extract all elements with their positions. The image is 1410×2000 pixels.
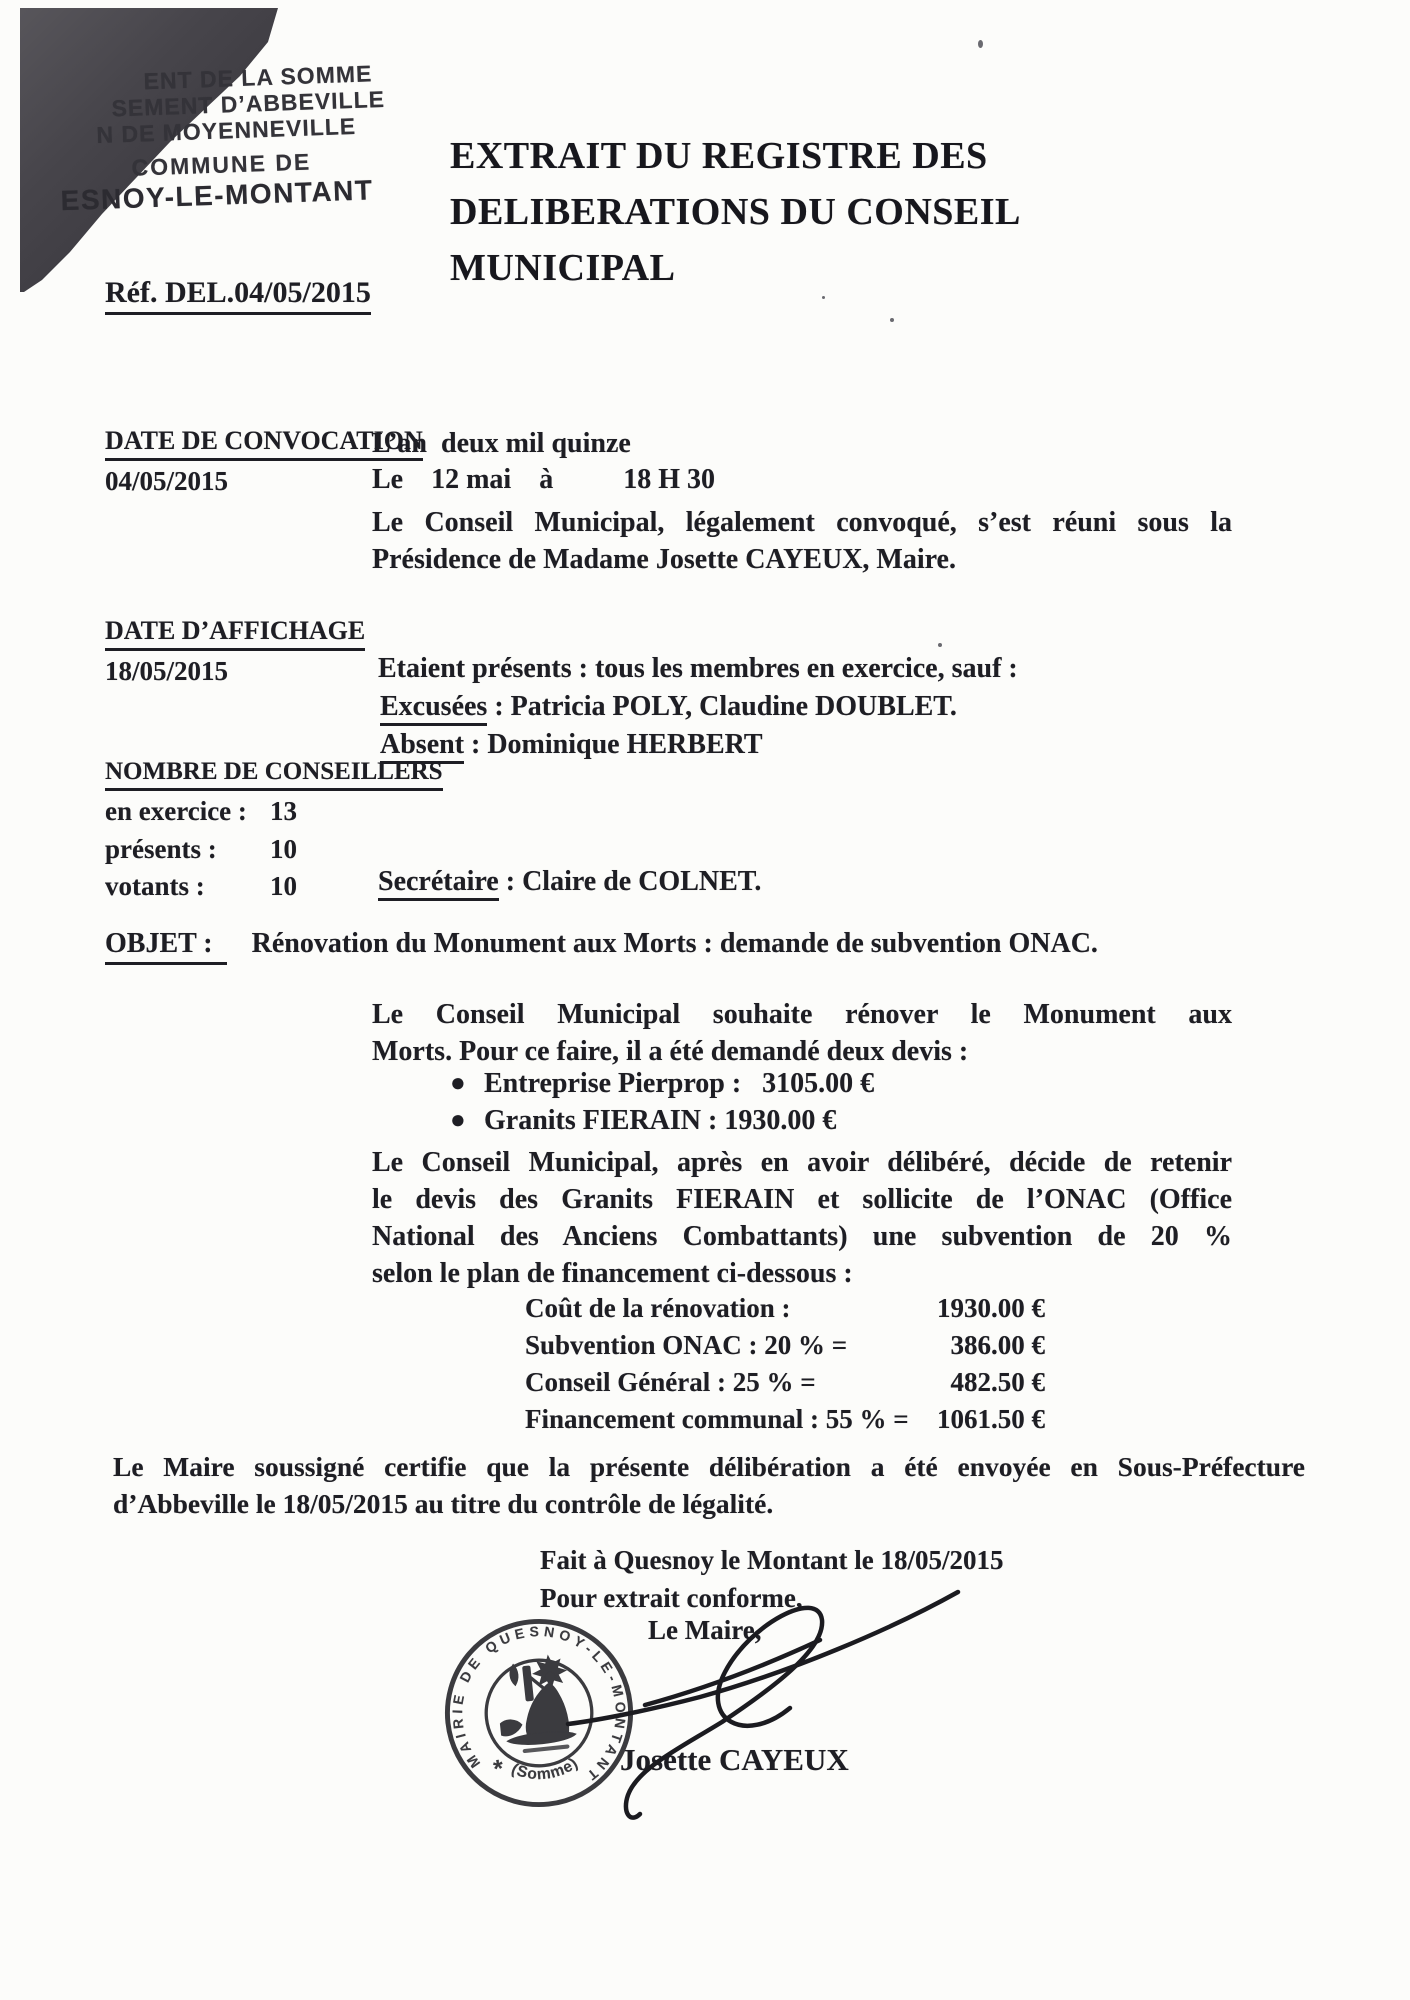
- mayor-signature: [430, 1560, 990, 1840]
- financing-row: Coût de la rénovation : 1930.00 €: [525, 1290, 1045, 1327]
- scan-speck: [978, 40, 983, 48]
- financing-row: Subvention ONAC : 20 % = 386.00 €: [525, 1327, 1045, 1364]
- financing-row: Conseil Général : 25 % = 482.50 €: [525, 1364, 1045, 1401]
- financing-value: 482.50 €: [951, 1364, 1046, 1401]
- financing-label: Conseil Général : 25 % =: [525, 1364, 816, 1401]
- subject-label: OBJET :: [105, 928, 227, 965]
- paragraph-line: Le Conseil Municipal, après en avoir dél…: [372, 1144, 1232, 1181]
- affichage-label: DATE D’AFFICHAGE: [105, 616, 365, 651]
- bullet-icon: ●: [450, 1068, 484, 1100]
- document-title-line: MUNICIPAL: [450, 240, 1110, 296]
- affichage-date: 18/05/2015: [105, 656, 228, 687]
- conseillers-row-value: 13: [270, 796, 297, 827]
- financing-label: Coût de la rénovation :: [525, 1290, 791, 1327]
- paragraph-line: selon le plan de financement ci-dessous …: [372, 1255, 1232, 1292]
- intro-paragraph: Le Conseil Municipal, légalement convoqu…: [372, 504, 1232, 578]
- intro-line: Le Conseil Municipal, légalement convoqu…: [372, 504, 1232, 541]
- intro-line: Présidence de Madame Josette CAYEUX, Mai…: [372, 541, 1232, 578]
- document-title-line: EXTRAIT DU REGISTRE DES: [450, 128, 1110, 184]
- paragraph-line: le devis des Granits FIERAIN et sollicit…: [372, 1181, 1232, 1218]
- financing-value: 1930.00 €: [937, 1290, 1045, 1327]
- document-title-line: DELIBERATIONS DU CONSEIL: [450, 184, 1110, 240]
- subject-text: Rénovation du Monument aux Morts : deman…: [252, 928, 1098, 959]
- quote-list-item: ● Granits FIERAIN : 1930.00 €: [450, 1105, 836, 1137]
- financing-plan: Coût de la rénovation : 1930.00 € Subven…: [525, 1290, 1045, 1438]
- certification-paragraph: Le Maire soussigné certifie que la prése…: [113, 1448, 1305, 1522]
- session-day-line: Le 12 mai à 18 H 30: [372, 464, 715, 496]
- certification-line: Le Maire soussigné certifie que la prése…: [113, 1448, 1305, 1485]
- subject-line: OBJET : Rénovation du Monument aux Morts…: [105, 928, 1098, 965]
- quote-text: Entreprise Pierprop : 3105.00 €: [484, 1068, 874, 1100]
- absent-names: : Dominique HERBERT: [464, 729, 763, 760]
- present-members-line: Etaient présents : tous les membres en e…: [378, 653, 1018, 685]
- scan-speck: [822, 296, 825, 299]
- reference-number: Réf. DEL.04/05/2015: [105, 276, 371, 315]
- convocation-date: 04/05/2015: [105, 466, 228, 497]
- scanned-document-page: ENT DE LA SOMME SEMENT D’ABBEVILLE N DE …: [0, 0, 1410, 2000]
- scan-speck: [938, 643, 942, 647]
- secretary-line: Secrétaire : Claire de COLNET.: [378, 866, 761, 898]
- financing-value: 386.00 €: [951, 1327, 1046, 1364]
- financing-value: 1061.50 €: [937, 1401, 1045, 1438]
- conseillers-row: votants : 10: [105, 871, 365, 902]
- secretary-label: Secrétaire: [378, 866, 499, 901]
- deliberation-paragraph-2: Le Conseil Municipal, après en avoir dél…: [372, 1144, 1232, 1292]
- paragraph-line: Le Conseil Municipal souhaite rénover le…: [372, 996, 1232, 1033]
- session-year-line: L’an deux mil quinze: [372, 428, 631, 460]
- bullet-icon: ●: [450, 1105, 484, 1137]
- conseillers-row: présents : 10: [105, 834, 365, 865]
- scan-speck: [890, 318, 894, 322]
- signature-stroke: [568, 1592, 958, 1724]
- conseillers-row-label: votants :: [105, 871, 205, 901]
- certification-line: d’Abbeville le 18/05/2015 au titre du co…: [113, 1485, 1305, 1522]
- administrative-stamp: ENT DE LA SOMME SEMENT D’ABBEVILLE N DE …: [0, 0, 424, 247]
- signature-stroke: [626, 1608, 822, 1818]
- deliberation-paragraph-1: Le Conseil Municipal souhaite rénover le…: [372, 996, 1232, 1070]
- quote-text: Granits FIERAIN : 1930.00 €: [484, 1105, 836, 1137]
- conseillers-row-label: en exercice :: [105, 796, 247, 826]
- excused-label: Excusées: [380, 691, 487, 726]
- financing-label: Financement communal : 55 % =: [525, 1401, 909, 1438]
- absent-members-line: Absent : Dominique HERBERT: [380, 729, 763, 761]
- conseillers-row-value: 10: [270, 871, 297, 902]
- paragraph-line: Morts. Pour ce faire, il a été demandé d…: [372, 1033, 1232, 1070]
- paragraph-line: National des Anciens Combattants) une su…: [372, 1218, 1232, 1255]
- conseillers-label: NOMBRE DE CONSEILLERS: [105, 758, 443, 791]
- stamp-commune-name: ESNOY-LE-MONTANT: [60, 174, 374, 217]
- financing-row: Financement communal : 55 % = 1061.50 €: [525, 1401, 1045, 1438]
- financing-label: Subvention ONAC : 20 % =: [525, 1327, 847, 1364]
- conseillers-row-value: 10: [270, 834, 297, 865]
- conseillers-row-label: présents :: [105, 834, 217, 864]
- quote-list-item: ● Entreprise Pierprop : 3105.00 €: [450, 1068, 874, 1100]
- document-title: EXTRAIT DU REGISTRE DES DELIBERATIONS DU…: [450, 128, 1110, 296]
- conseillers-row: en exercice : 13: [105, 796, 365, 827]
- excused-members-line: Excusées : Patricia POLY, Claudine DOUBL…: [380, 691, 957, 723]
- secretary-name: : Claire de COLNET.: [499, 866, 762, 897]
- excused-names: : Patricia POLY, Claudine DOUBLET.: [487, 691, 957, 722]
- signature-stroke: [645, 1640, 820, 1705]
